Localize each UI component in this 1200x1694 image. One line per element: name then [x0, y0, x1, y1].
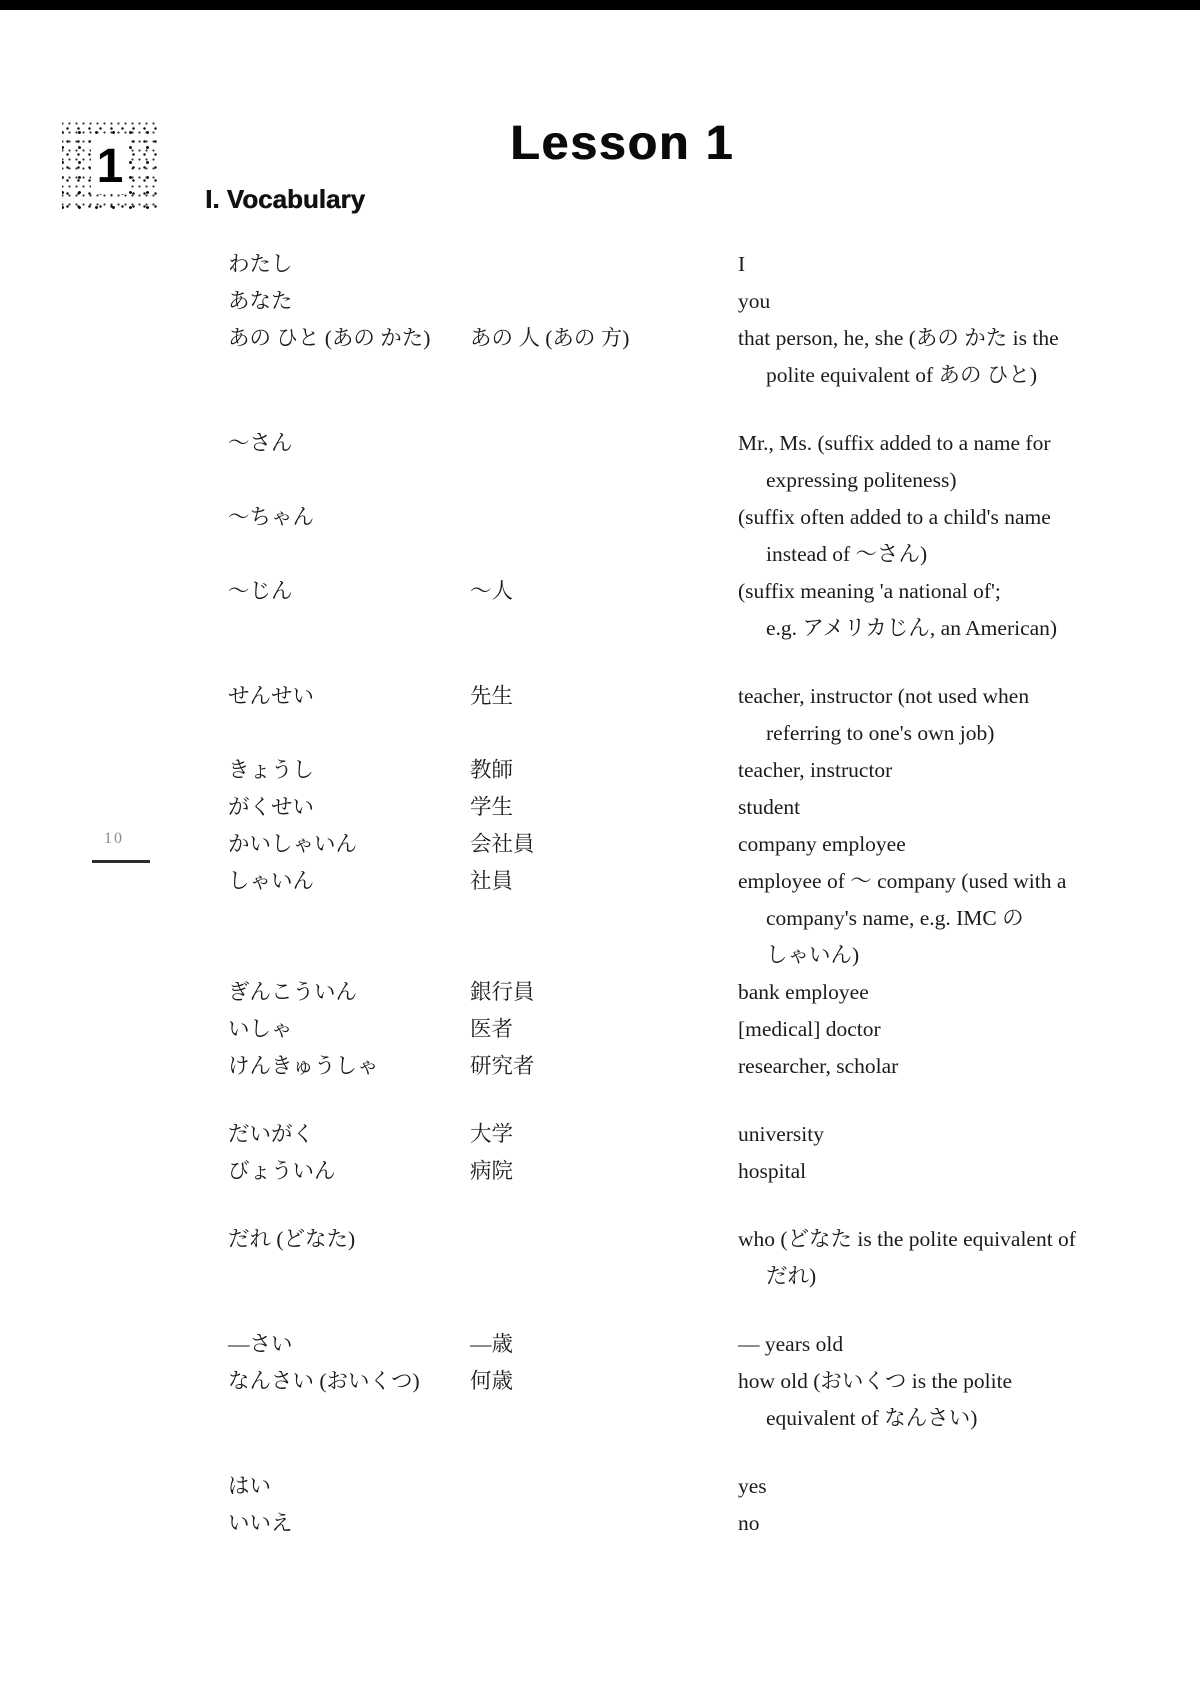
vocab-meaning-line: researcher, scholar	[738, 1048, 1200, 1085]
vocab-row: なんさい (おいくつ) 何歳 how old (おいくつ is the poli…	[0, 1363, 1200, 1437]
scan-edge-bar	[0, 0, 1200, 10]
vocab-kana: なんさい (おいくつ)	[228, 1363, 470, 1400]
vocab-kanji: 会社員	[470, 826, 738, 863]
vocab-row: ぎんこういん 銀行員 bank employee	[0, 974, 1200, 1011]
vocab-row: あなた you	[0, 283, 1200, 320]
vocab-row: わたし I	[0, 246, 1200, 283]
scanned-textbook-page: 1 Lesson 1 I. Vocabulary 10 わたし I あなた yo…	[0, 0, 1200, 1694]
vocab-row: かいしゃいん 会社員 company employee	[0, 826, 1200, 863]
vocab-meaning: university	[738, 1116, 1200, 1153]
vocab-kana: かいしゃいん	[228, 826, 470, 863]
vocab-meaning-line: you	[738, 283, 1200, 320]
vocab-kanji: あの 人 (あの 方)	[470, 320, 738, 357]
vocab-row: いいえ no	[0, 1505, 1200, 1542]
vocab-meaning-line: student	[738, 789, 1200, 826]
vocab-row: ～ちゃん (suffix often added to a child's na…	[0, 499, 1200, 573]
vocab-kana: いいえ	[228, 1505, 470, 1542]
vocab-kana: あの ひと (あの かた)	[228, 320, 470, 357]
vocab-meaning: company employee	[738, 826, 1200, 863]
vocab-meaning-line: teacher, instructor (not used when	[738, 678, 1200, 715]
vocab-meaning-line: ― years old	[738, 1326, 1200, 1363]
vocab-meaning: researcher, scholar	[738, 1048, 1200, 1085]
vocab-kanji: 教師	[470, 752, 738, 789]
vocab-kana: びょういん	[228, 1153, 470, 1190]
vocab-kanji: 研究者	[470, 1048, 738, 1085]
vocab-kana: ～さん	[228, 425, 470, 462]
vocab-meaning: student	[738, 789, 1200, 826]
vocab-meaning: [medical] doctor	[738, 1011, 1200, 1048]
vocab-row: しゃいん 社員 employee of ～ company (used with…	[0, 863, 1200, 974]
vocab-meaning: teacher, instructor (not used whenreferr…	[738, 678, 1200, 752]
vocab-row: だれ (どなた) who (どなた is the polite equivale…	[0, 1221, 1200, 1295]
vocab-meaning-line: referring to one's own job)	[738, 715, 1200, 752]
vocab-row: がくせい 学生 student	[0, 789, 1200, 826]
vocab-row: せんせい 先生 teacher, instructor (not used wh…	[0, 678, 1200, 752]
vocab-row: あの ひと (あの かた) あの 人 (あの 方) that person, h…	[0, 320, 1200, 394]
page-title: Lesson 1	[510, 116, 734, 171]
vocab-kana: ぎんこういん	[228, 974, 470, 1011]
vocab-meaning-line: Mr., Ms. (suffix added to a name for	[738, 425, 1200, 462]
vocab-kana: がくせい	[228, 789, 470, 826]
vocab-row: ～さん Mr., Ms. (suffix added to a name for…	[0, 425, 1200, 499]
vocab-kana: けんきゅうしゃ	[228, 1048, 470, 1085]
vocab-row: はい yes	[0, 1468, 1200, 1505]
vocab-kanji: ～人	[470, 573, 738, 610]
section-heading: I. Vocabulary	[205, 184, 365, 215]
vocab-meaning: (suffix meaning 'a national of';e.g. アメリ…	[738, 573, 1200, 647]
vocab-meaning-line: だれ)	[738, 1258, 1200, 1295]
vocab-meaning-line: hospital	[738, 1153, 1200, 1190]
vocab-meaning-line: bank employee	[738, 974, 1200, 1011]
vocab-meaning: ― years old	[738, 1326, 1200, 1363]
vocab-meaning: that person, he, she (あの かた is thepolite…	[738, 320, 1200, 394]
vocab-meaning-line: polite equivalent of あの ひと)	[738, 357, 1200, 394]
vocab-meaning-line: expressing politeness)	[738, 462, 1200, 499]
vocab-kanji: 何歳	[470, 1363, 738, 1400]
vocab-meaning-line: how old (おいくつ is the polite	[738, 1363, 1200, 1400]
vocab-meaning-line: equivalent of なんさい)	[738, 1400, 1200, 1437]
vocab-meaning: bank employee	[738, 974, 1200, 1011]
vocab-meaning: (suffix often added to a child's nameins…	[738, 499, 1200, 573]
vocab-row: ―さい ―歳 ― years old	[0, 1326, 1200, 1363]
vocab-meaning: how old (おいくつ is the politeequivalent of…	[738, 1363, 1200, 1437]
vocab-meaning: teacher, instructor	[738, 752, 1200, 789]
vocab-meaning: you	[738, 283, 1200, 320]
vocab-meaning: no	[738, 1505, 1200, 1542]
vocab-meaning-line: yes	[738, 1468, 1200, 1505]
vocab-kana: ―さい	[228, 1326, 470, 1363]
vocab-kanji: 社員	[470, 863, 738, 900]
vocab-kanji: ―歳	[470, 1326, 738, 1363]
vocab-meaning-line: company employee	[738, 826, 1200, 863]
vocab-meaning: hospital	[738, 1153, 1200, 1190]
vocab-kana: ～じん	[228, 573, 470, 610]
vocab-meaning: yes	[738, 1468, 1200, 1505]
vocab-meaning-line: しゃいん)	[738, 937, 1200, 974]
vocab-row: ～じん ～人 (suffix meaning 'a national of';e…	[0, 573, 1200, 647]
vocab-meaning-line: university	[738, 1116, 1200, 1153]
vocab-meaning-line: who (どなた is the polite equivalent of	[738, 1221, 1200, 1258]
vocab-kanji: 病院	[470, 1153, 738, 1190]
vocab-meaning: employee of ～ company (used with acompan…	[738, 863, 1200, 974]
vocab-kana: いしゃ	[228, 1011, 470, 1048]
vocab-meaning: I	[738, 246, 1200, 283]
lesson-number-badge: 1	[62, 122, 158, 210]
vocab-meaning-line: [medical] doctor	[738, 1011, 1200, 1048]
vocab-kanji: 医者	[470, 1011, 738, 1048]
vocab-kana: だれ (どなた)	[228, 1221, 470, 1258]
vocab-meaning-line: company's name, e.g. IMC の	[738, 900, 1200, 937]
vocab-meaning-line: that person, he, she (あの かた is the	[738, 320, 1200, 357]
vocab-row: いしゃ 医者 [medical] doctor	[0, 1011, 1200, 1048]
vocab-meaning: who (どなた is the polite equivalent ofだれ)	[738, 1221, 1200, 1295]
vocab-meaning-line: teacher, instructor	[738, 752, 1200, 789]
vocab-kana: だいがく	[228, 1116, 470, 1153]
vocab-meaning-line: e.g. アメリカじん, an American)	[738, 610, 1200, 647]
vocab-meaning-line: (suffix often added to a child's name	[738, 499, 1200, 536]
vocab-kanji: 学生	[470, 789, 738, 826]
vocab-kana: あなた	[228, 283, 470, 320]
vocab-meaning-line: (suffix meaning 'a national of';	[738, 573, 1200, 610]
vocab-meaning-line: I	[738, 246, 1200, 283]
vocab-kana: しゃいん	[228, 863, 470, 900]
vocab-kana: きょうし	[228, 752, 470, 789]
vocab-list: わたし I あなた you あの ひと (あの かた) あの 人 (あの 方) …	[0, 246, 1200, 1542]
vocab-row: びょういん 病院 hospital	[0, 1153, 1200, 1190]
vocab-meaning-line: instead of ～さん)	[738, 536, 1200, 573]
lesson-number: 1	[91, 139, 130, 194]
vocab-kana: わたし	[228, 246, 470, 283]
vocab-kana: はい	[228, 1468, 470, 1505]
vocab-kana: ～ちゃん	[228, 499, 470, 536]
vocab-row: きょうし 教師 teacher, instructor	[0, 752, 1200, 789]
vocab-meaning-line: no	[738, 1505, 1200, 1542]
vocab-row: けんきゅうしゃ 研究者 researcher, scholar	[0, 1048, 1200, 1085]
vocab-kanji: 銀行員	[470, 974, 738, 1011]
vocab-meaning-line: employee of ～ company (used with a	[738, 863, 1200, 900]
vocab-row: だいがく 大学 university	[0, 1116, 1200, 1153]
vocab-meaning: Mr., Ms. (suffix added to a name forexpr…	[738, 425, 1200, 499]
vocab-kana: せんせい	[228, 678, 470, 715]
vocab-kanji: 先生	[470, 678, 738, 715]
vocab-kanji: 大学	[470, 1116, 738, 1153]
